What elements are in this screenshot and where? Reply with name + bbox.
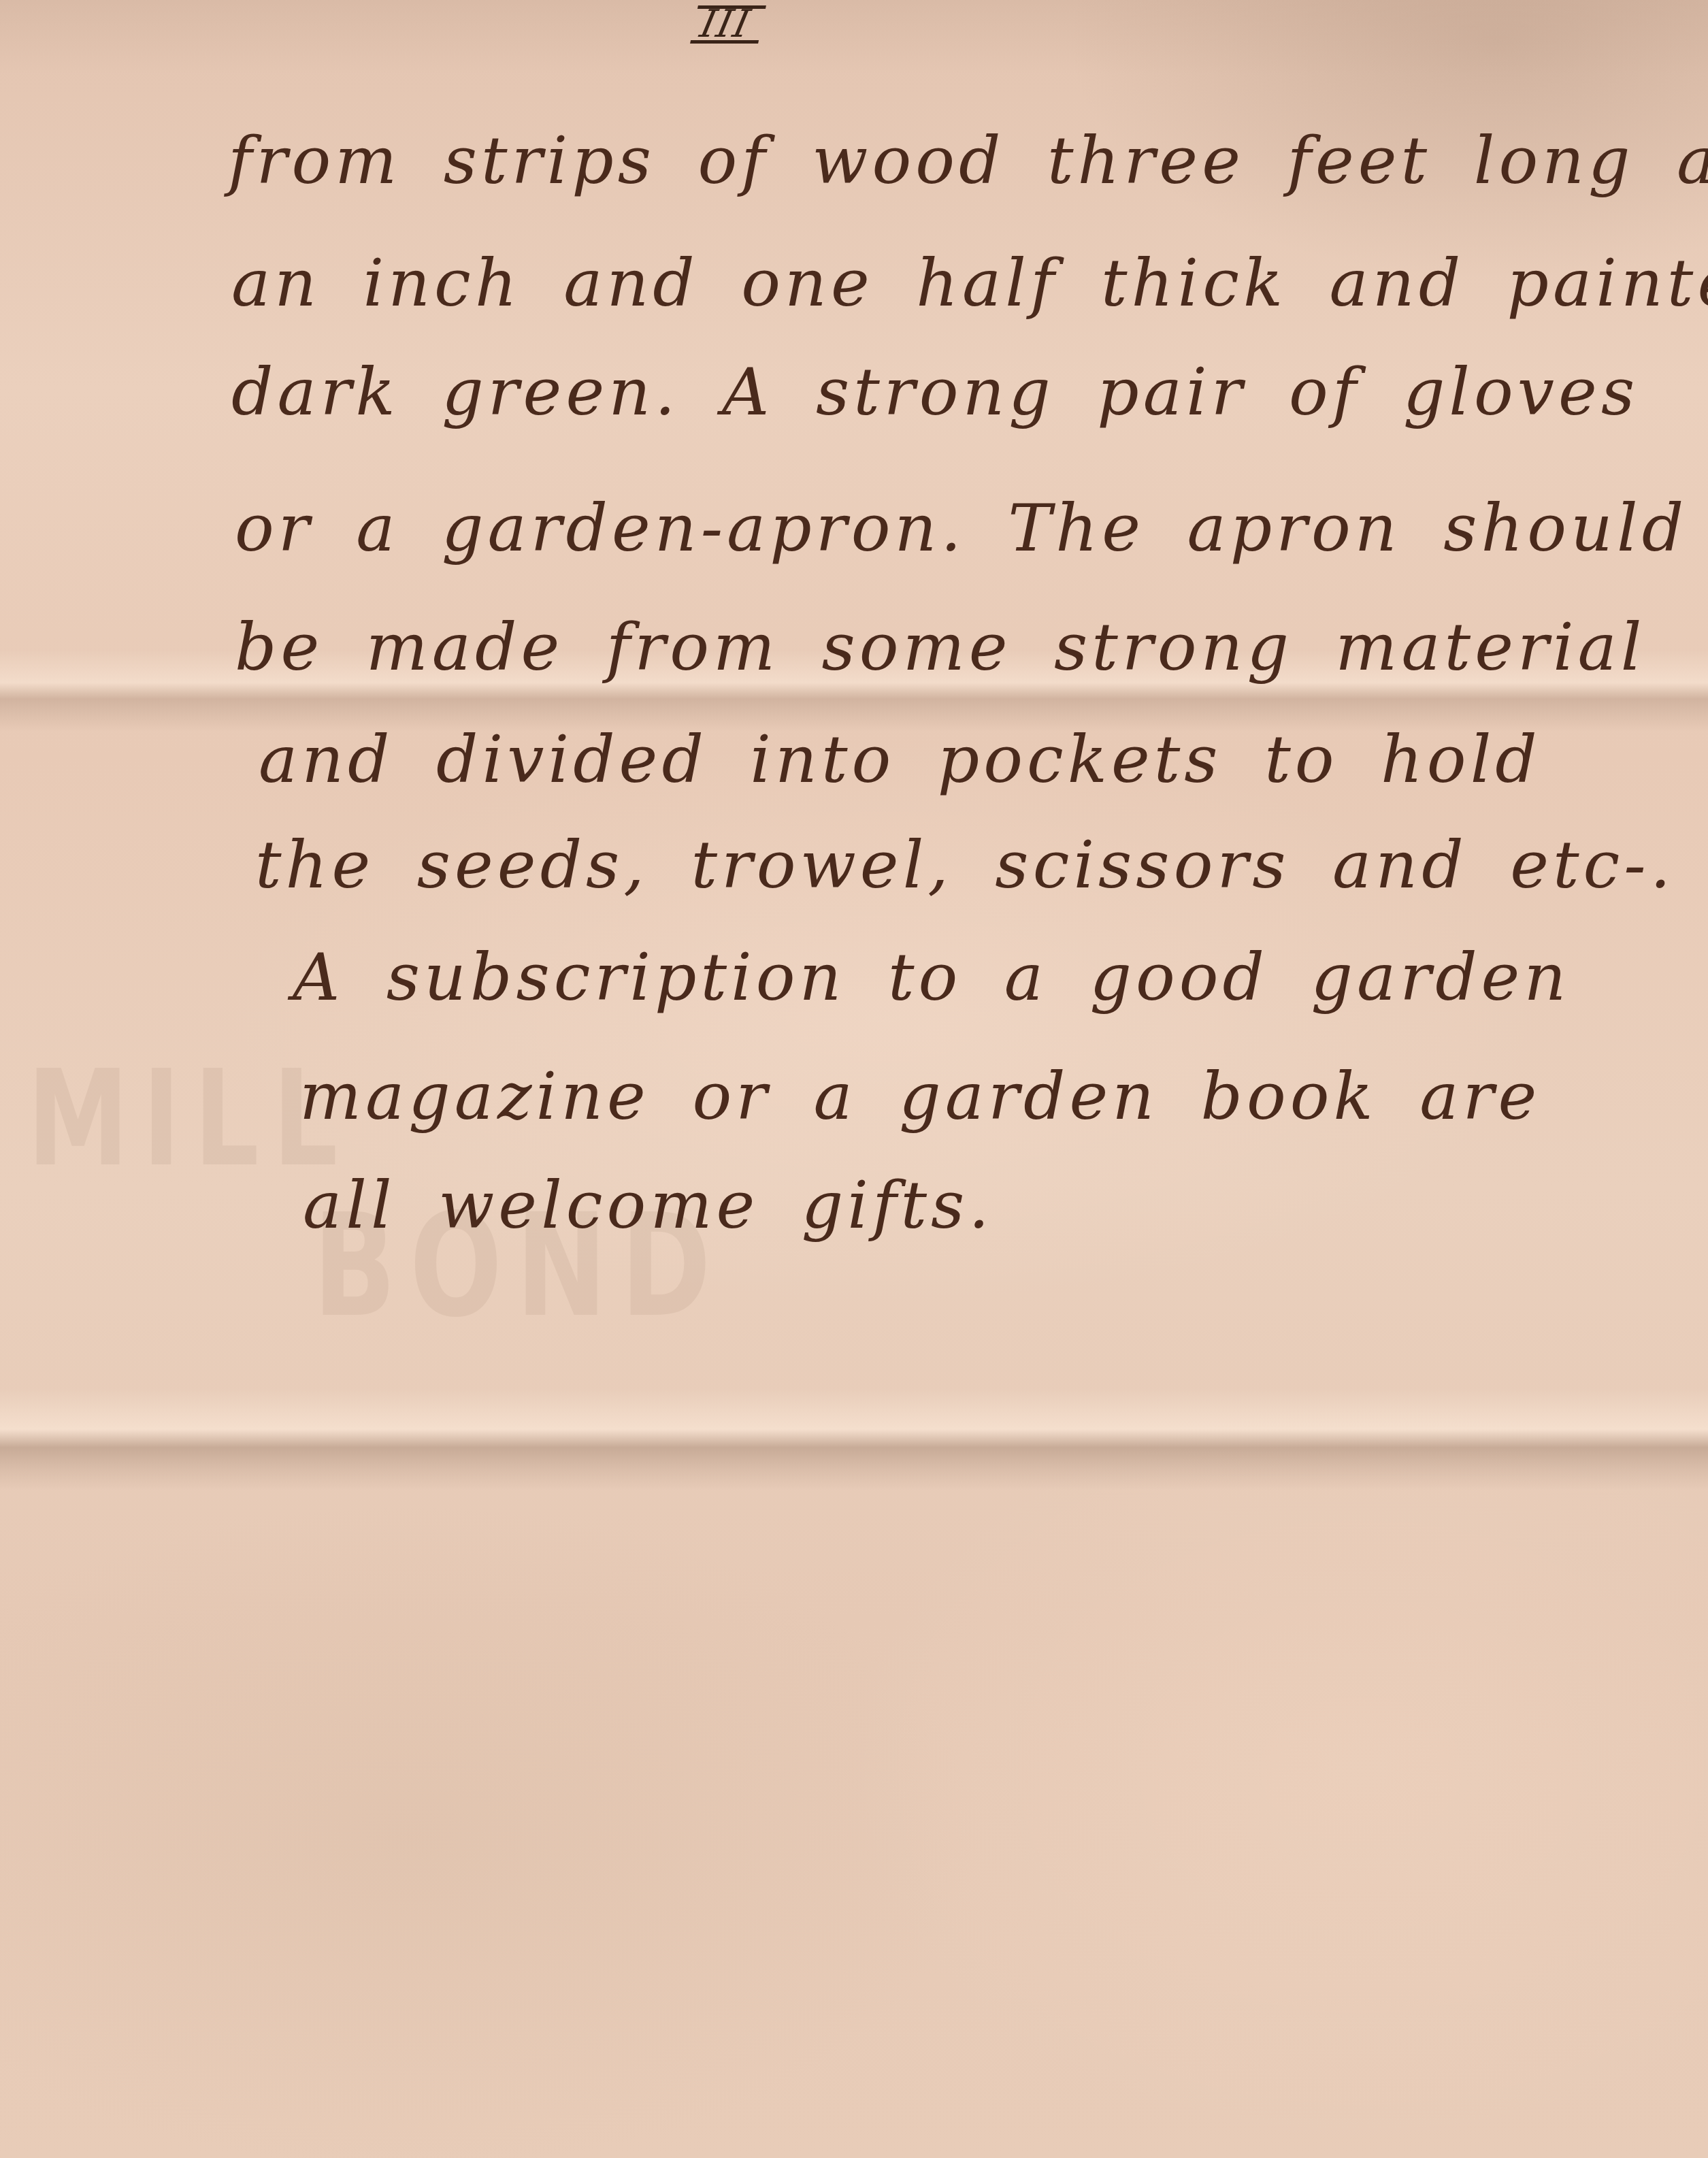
text-line-4: or a garden-apron. The apron should (235, 490, 1688, 566)
text-line-6: and divided into pockets to hold (259, 721, 1541, 798)
text-line-5: be made from some strong material (235, 609, 1646, 685)
page-number: III (690, 5, 766, 44)
text-line-9: magazine or a garden book are (299, 1058, 1541, 1134)
text-line-3: dark green. A strong pair of gloves (231, 354, 1639, 430)
text-line-7: the seeds, trowel, scissors and etc-. (255, 827, 1675, 903)
text-line-1: from strips of wood three feet long and (228, 122, 1708, 199)
text-line-2: an inch and one half thick and painted (231, 245, 1708, 321)
text-line-10: all welcome gifts. (303, 1167, 993, 1243)
text-line-8: A subscription to a good garden (293, 939, 1570, 1015)
